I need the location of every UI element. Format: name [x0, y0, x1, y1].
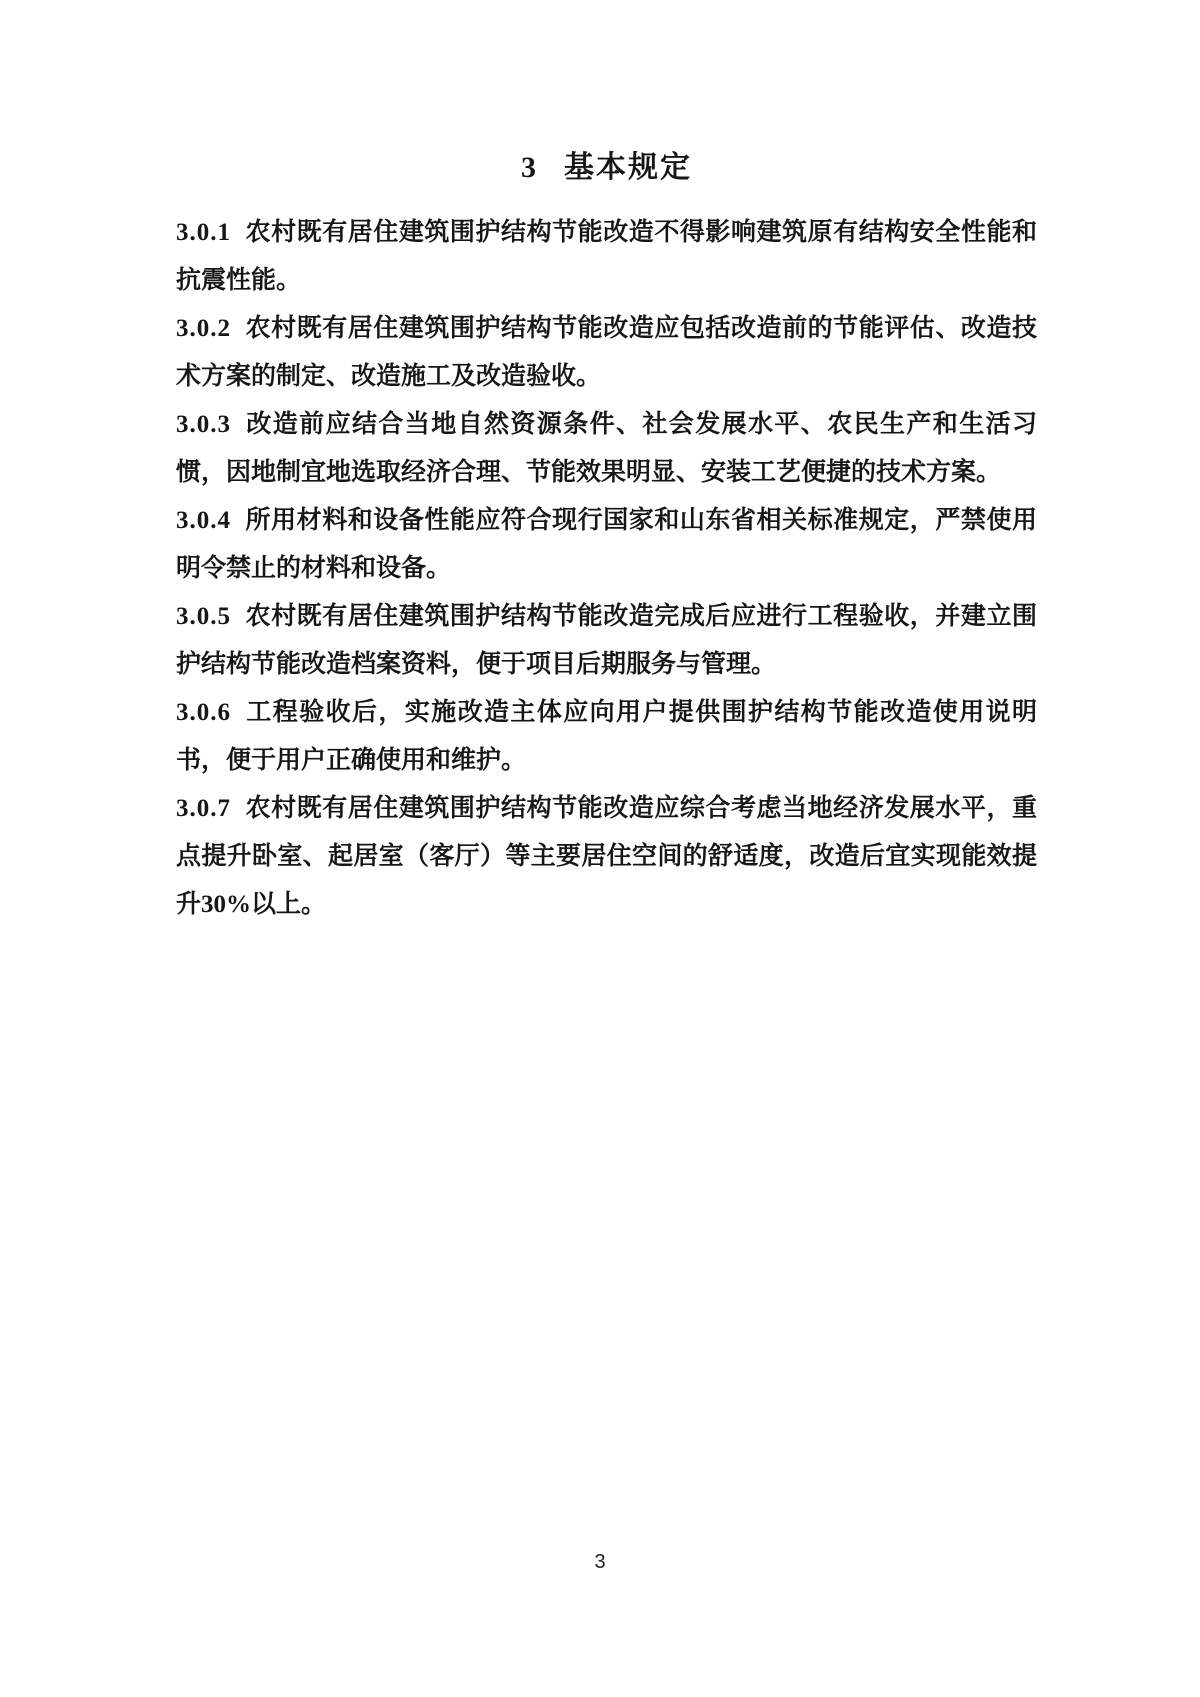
clause-3-0-5: 3.0.5农村既有居住建筑围护结构节能改造完成后应进行工程验收，并建立围护结构节…	[176, 593, 1037, 689]
clause-text: 工程验收后，实施改造主体应向用户提供围护结构节能改造使用说明书，便于用户正确使用…	[176, 699, 1037, 774]
clause-number: 3.0.4	[176, 507, 231, 534]
clause-text: 农村既有居住建筑围护结构节能改造完成后应进行工程验收，并建立围护结构节能改造档案…	[176, 603, 1037, 678]
clause-text: 所用材料和设备性能应符合现行国家和山东省相关标准规定，严禁使用明令禁止的材料和设…	[176, 507, 1037, 582]
chapter-number: 3	[521, 151, 538, 184]
clause-number: 3.0.1	[176, 219, 231, 246]
document-page: 3基本规定 3.0.1农村既有居住建筑围护结构节能改造不得影响建筑原有结构安全性…	[0, 0, 1200, 1697]
clause-number: 3.0.3	[176, 411, 231, 438]
clause-3-0-7: 3.0.7农村既有居住建筑围护结构节能改造应综合考虑当地经济发展水平，重点提升卧…	[176, 785, 1037, 929]
clause-text: 农村既有居住建筑围护结构节能改造应包括改造前的节能评估、改造技术方案的制定、改造…	[176, 315, 1037, 390]
clause-3-0-3: 3.0.3改造前应结合当地自然资源条件、社会发展水平、农民生产和生活习惯，因地制…	[176, 401, 1037, 497]
clause-number: 3.0.2	[176, 315, 231, 342]
clause-3-0-4: 3.0.4所用材料和设备性能应符合现行国家和山东省相关标准规定，严禁使用明令禁止…	[176, 497, 1037, 593]
page-content: 3基本规定 3.0.1农村既有居住建筑围护结构节能改造不得影响建筑原有结构安全性…	[176, 144, 1037, 929]
page-number: 3	[0, 1551, 1200, 1574]
clause-3-0-6: 3.0.6工程验收后，实施改造主体应向用户提供围护结构节能改造使用说明书，便于用…	[176, 689, 1037, 785]
clause-3-0-1: 3.0.1农村既有居住建筑围护结构节能改造不得影响建筑原有结构安全性能和抗震性能…	[176, 209, 1037, 305]
chapter-title-text: 基本规定	[564, 151, 692, 184]
clause-number: 3.0.5	[176, 603, 231, 630]
clause-text: 农村既有居住建筑围护结构节能改造不得影响建筑原有结构安全性能和抗震性能。	[176, 219, 1037, 294]
clause-number: 3.0.7	[176, 795, 231, 822]
page-title: 3基本规定	[176, 144, 1037, 192]
clause-text: 改造前应结合当地自然资源条件、社会发展水平、农民生产和生活习惯，因地制宜地选取经…	[176, 411, 1037, 486]
clause-3-0-2: 3.0.2农村既有居住建筑围护结构节能改造应包括改造前的节能评估、改造技术方案的…	[176, 305, 1037, 401]
clause-number: 3.0.6	[176, 699, 231, 726]
clause-text: 农村既有居住建筑围护结构节能改造应综合考虑当地经济发展水平，重点提升卧室、起居室…	[176, 795, 1037, 918]
